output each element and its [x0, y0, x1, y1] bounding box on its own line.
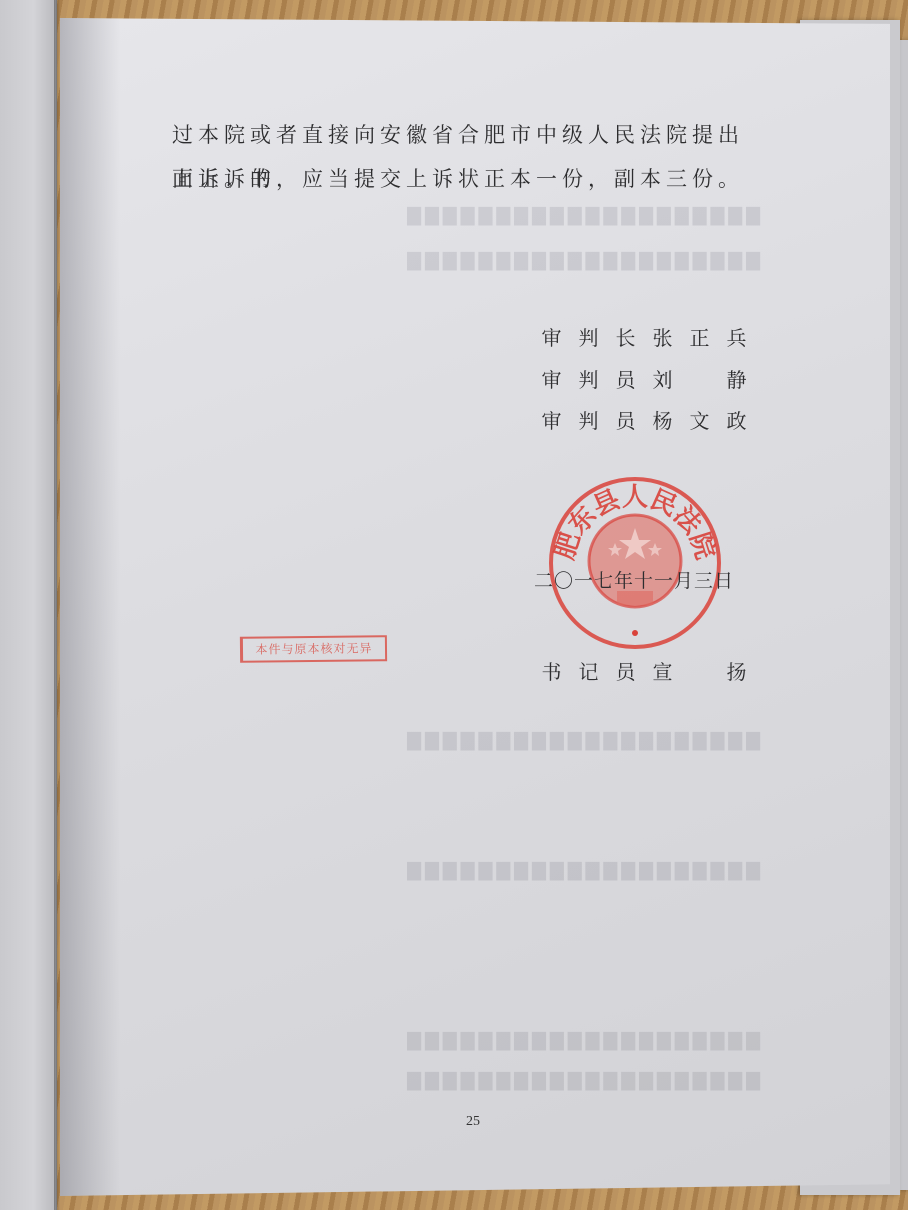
name-char: 政: [718, 405, 755, 434]
title-char: 员: [607, 364, 644, 393]
title-char: 判: [570, 322, 607, 351]
title-char: 判: [570, 405, 607, 434]
copy-verified-stamp: 本件与原本核对无异: [240, 635, 387, 663]
name-char: 张: [644, 322, 681, 351]
page-number: 25: [466, 1114, 480, 1130]
show-through-text: ▇▇▇▇▇▇▇▇▇▇▇▇▇▇▇▇▇▇▇▇: [160, 1030, 760, 1051]
name-char: 扬: [718, 656, 755, 685]
title-char: 审: [533, 364, 570, 393]
show-through-text: ▇▇▇▇▇▇▇▇▇▇▇▇▇▇▇▇▇▇▇▇: [160, 250, 760, 271]
title-char: 审: [533, 405, 570, 434]
name-char: [681, 656, 718, 685]
signature-clerk: 书 记 员 宣 扬: [533, 656, 763, 685]
signature-presiding-judge: 审 判 长 张 正 兵: [533, 322, 763, 351]
name-char: 正: [681, 322, 718, 351]
name-char: 静: [718, 364, 755, 393]
show-through-text: ▇▇▇▇▇▇▇▇▇▇▇▇▇▇▇▇▇▇▇▇: [160, 860, 760, 881]
signature-judge-1: 审 判 员 刘 静: [533, 364, 763, 393]
name-char: [681, 364, 718, 393]
court-seal-icon: 肥东县人民法院: [545, 473, 725, 653]
title-char: 书: [533, 656, 570, 685]
body-line-2: 面上诉的，应当提交上诉状正本一份，副本三份。: [172, 157, 752, 201]
show-through-text: ▇▇▇▇▇▇▇▇▇▇▇▇▇▇▇▇▇▇▇▇: [160, 1070, 760, 1091]
name-char: 宣: [644, 656, 681, 685]
title-char: 员: [607, 405, 644, 434]
judgment-date: 二〇一七年十一月三日: [534, 566, 734, 593]
title-char: 审: [533, 322, 570, 351]
signature-judge-2: 审 判 员 杨 文 政: [533, 405, 763, 434]
name-char: 文: [681, 405, 718, 434]
title-char: 员: [607, 656, 644, 685]
show-through-text: ▇▇▇▇▇▇▇▇▇▇▇▇▇▇▇▇▇▇▇▇: [160, 205, 760, 226]
title-char: 长: [607, 322, 644, 351]
name-char: 兵: [718, 322, 755, 351]
name-char: 杨: [644, 405, 681, 434]
title-char: 记: [570, 656, 607, 685]
show-through-text: ▇▇▇▇▇▇▇▇▇▇▇▇▇▇▇▇▇▇▇▇: [160, 730, 760, 751]
title-char: 判: [570, 364, 607, 393]
name-char: 刘: [644, 364, 681, 393]
left-page-edge: [0, 0, 57, 1210]
